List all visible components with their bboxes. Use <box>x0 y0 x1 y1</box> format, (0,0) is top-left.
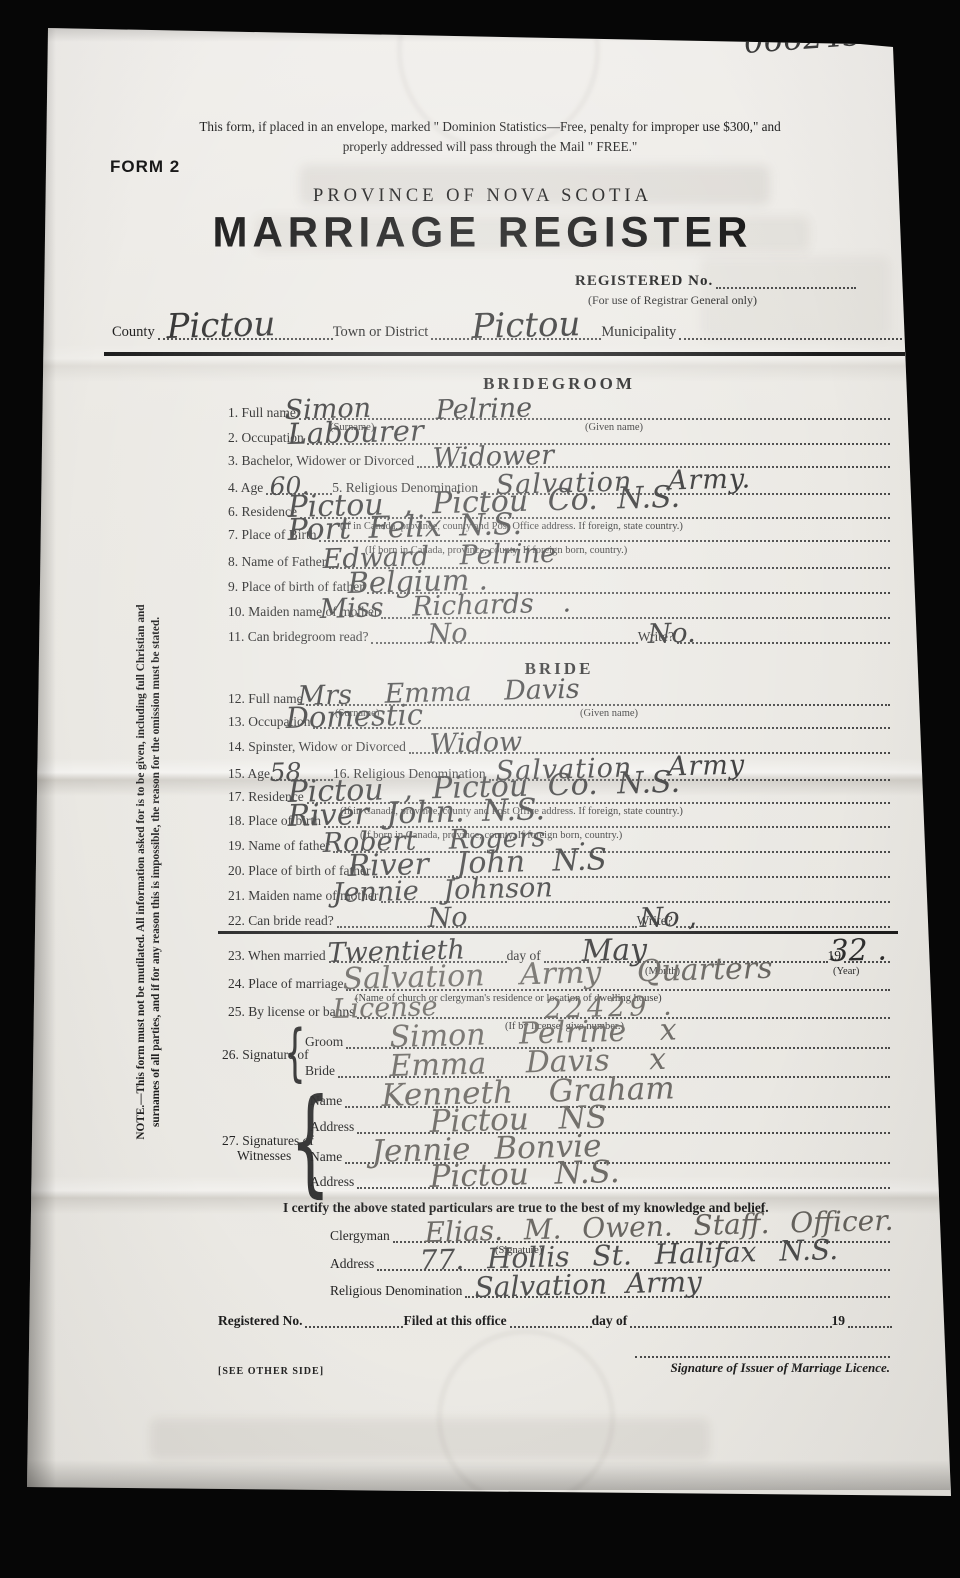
scanned-marriage-register-page: 066245 This form, if placed in an envelo… <box>0 0 960 1578</box>
witness-1-name-label: Name <box>310 1093 345 1108</box>
registered-no-row: REGISTERED No. <box>575 272 856 289</box>
field-3-label: 3. Bachelor, Widower or Divorced <box>228 453 417 468</box>
witness-2-address-row: Address Pictou N.S. <box>310 1172 890 1189</box>
dotted-line <box>676 922 890 928</box>
issuer-signature-label: Signature of Issuer of Marriage Licence. <box>635 1360 890 1376</box>
filed-label: Filed at this office <box>403 1313 509 1328</box>
margin-note: NOTE.—This form must not be mutilated. A… <box>134 551 163 1193</box>
dotted-line <box>630 1322 831 1328</box>
dotted-line <box>305 1322 403 1328</box>
handwritten-registration-number: 066245 <box>743 20 863 59</box>
margin-note-line2: surnames of all parties, and if for any … <box>149 551 164 1193</box>
field-23-label: 23. When married <box>228 948 329 963</box>
dotted-line <box>635 1352 890 1358</box>
bride-marital-status-handwriting: Widow <box>429 729 522 758</box>
paper-bottom-shadow <box>26 1460 950 1490</box>
dotted-line <box>677 638 890 644</box>
field-15-label: 15. Age <box>228 766 273 781</box>
mail-notice: This form, if placed in an envelope, mar… <box>140 117 840 157</box>
footer-registered-no-label: Registered No. <box>218 1313 305 1328</box>
witness-1-address-label: Address <box>310 1119 357 1134</box>
field-9-label: 9. Place of birth of father <box>228 579 367 594</box>
county-label: County <box>112 325 158 340</box>
field-22-label: 22. Can bride read? <box>228 913 337 928</box>
form-content: 066245 This form, if placed in an envelo… <box>0 0 960 1578</box>
dotted-line <box>337 922 637 928</box>
issuer-signature-line <box>635 1341 890 1358</box>
town-value-handwriting: Pictou <box>471 307 581 344</box>
clergyman-address-label: Address <box>330 1256 377 1271</box>
religious-denomination-label: Religious Denomination <box>330 1283 465 1298</box>
field-row-14: 14. Spinster, Widow or Divorced Widow <box>228 737 890 754</box>
form-number: FORM 2 <box>110 157 180 177</box>
field-27-label-2: Witnesses <box>237 1148 294 1163</box>
page-title: MARRIAGE REGISTER <box>75 208 890 257</box>
ghost-text-blob <box>150 1418 710 1460</box>
groom-occupation-handwriting: Labourer <box>287 416 424 449</box>
groom-given-name-handwriting: Pelrine <box>435 394 532 424</box>
field-row-13: 13. Occupation Domestic <box>228 712 890 729</box>
field-row-24: 24. Place of marriage Salvation Army Qua… <box>228 974 890 991</box>
dotted-line <box>716 283 856 289</box>
field-row-22: 22. Can bride read? Write? No No , <box>228 911 890 928</box>
registered-no-label: REGISTERED No. <box>575 274 716 289</box>
witness-2-address-handwriting: Pictou N.S. <box>429 1157 620 1193</box>
dotted-line <box>848 1322 892 1328</box>
bride-can-read-handwriting: No <box>427 904 468 932</box>
mail-notice-line2: properly addressed will pass through the… <box>140 137 840 157</box>
field-row-21: 21. Maiden name of mother Jennie Johnson <box>228 886 890 903</box>
town-or-district-label: Town or District <box>333 325 432 340</box>
footer-year-prefix: 19 <box>832 1313 849 1328</box>
witness-2-address-label: Address <box>310 1174 357 1189</box>
field-14-label: 14. Spinster, Widow or Divorced <box>228 739 409 754</box>
field-8-label: 8. Name of Father <box>228 554 329 569</box>
field-4-label: 4. Age <box>228 480 266 495</box>
bride-can-write-handwriting: No , <box>639 904 697 932</box>
groom-can-write-handwriting: No. <box>647 620 696 648</box>
county-row: County Town or District Municipality Pic… <box>112 322 902 340</box>
municipality-label: Municipality <box>601 325 679 340</box>
section-rule <box>104 352 905 356</box>
field-row-2: 2. Occupation Labourer <box>228 428 890 445</box>
wedding-year-handwriting: 32 . <box>829 936 887 967</box>
province-heading: PROVINCE OF NOVA SCOTIA <box>75 186 890 207</box>
county-value-handwriting: Pictou <box>166 307 276 344</box>
bridegroom-section-title: BRIDEGROOM <box>228 374 890 394</box>
groom-can-read-handwriting: No <box>427 620 468 648</box>
religious-denomination-row: Religious Denomination Salvation Army <box>330 1281 890 1298</box>
religious-denomination-handwriting: Salvation Army <box>474 1268 702 1302</box>
dotted-line <box>510 1322 592 1328</box>
field-row-11: 11. Can bridegroom read? Write? No No. <box>228 627 890 644</box>
field-row-3: 3. Bachelor, Widower or Divorced Widower <box>228 451 890 468</box>
bride-occupation-handwriting: Domestic <box>285 700 423 733</box>
field-row-20: 20. Place of birth of father River John … <box>228 861 890 878</box>
filed-at-office-row: Registered No. Filed at this office day … <box>218 1311 892 1328</box>
field-row-10: 10. Maiden name of mother Miss Richards … <box>228 602 890 619</box>
field-19-label: 19. Name of father <box>228 838 333 853</box>
field-11-label: 11. Can bridegroom read? <box>228 629 371 644</box>
clergyman-label: Clergyman <box>330 1228 393 1243</box>
footer-day-of-label: day of <box>592 1313 631 1328</box>
paper-left-shadow <box>24 26 56 1494</box>
field-row-7: 7. Place of Birth Port Felix N.S. <box>228 525 890 542</box>
groom-signature-label: Groom <box>305 1034 346 1049</box>
margin-note-line1: NOTE.—This form must not be mutilated. A… <box>134 551 149 1193</box>
groom-marital-status-handwriting: Widower <box>432 442 554 472</box>
dotted-line <box>679 334 902 340</box>
paper-top-shadow <box>46 28 900 42</box>
dotted-line <box>371 638 637 644</box>
paper-sheet: 066245 This form, if placed in an envelo… <box>0 0 960 1578</box>
see-other-side-note: [SEE OTHER SIDE] <box>218 1366 324 1377</box>
field-24-label: 24. Place of marriage <box>228 976 346 991</box>
witness-2-name-label: Name <box>310 1149 345 1164</box>
section-rule <box>218 931 898 934</box>
registered-no-note: (For use of Registrar General only) <box>588 293 757 308</box>
field-row-8: 8. Name of Father Edward Pelrine <box>228 552 890 569</box>
mail-notice-line1: This form, if placed in an envelope, mar… <box>140 117 840 137</box>
